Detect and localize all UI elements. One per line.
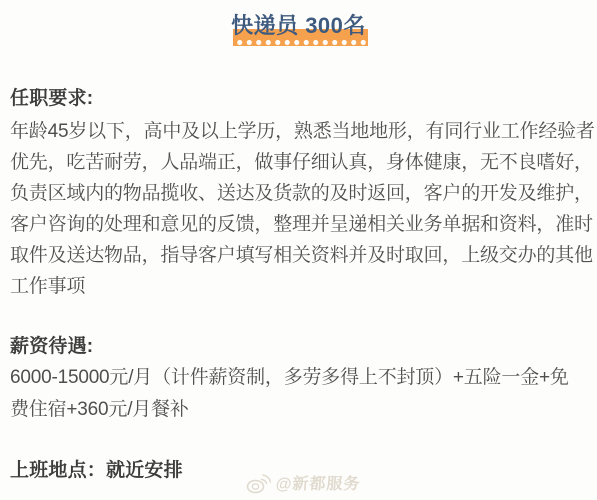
requirements-heading: 任职要求: — [10, 87, 93, 111]
requirements-line: 年龄45岁以下，高中及以上学历，熟悉当地地形，有同行业工作经验者 — [10, 116, 592, 147]
weibo-icon — [246, 472, 272, 494]
requirements-paragraph: 年龄45岁以下，高中及以上学历，熟悉当地地形，有同行业工作经验者 优先，吃苦耐劳… — [10, 116, 592, 302]
watermark: @新都服务 — [246, 471, 361, 494]
job-posting-page: 快递员 300名 任职要求: 年龄45岁以下，高中及以上学历，熟悉当地地形，有同… — [0, 0, 597, 500]
salary-heading: 薪资待遇: — [10, 335, 93, 359]
watermark-text: @新都服务 — [275, 471, 361, 494]
salary-paragraph: 6000-15000元/月（计件薪资制，多劳多得上不封顶）+五险一金+免 费住宿… — [10, 362, 592, 426]
title-highlight-dots — [235, 39, 366, 46]
requirements-line: 工作事项 — [10, 271, 592, 302]
salary-line: 费住宿+360元/月餐补 — [10, 394, 592, 426]
requirements-line: 负责区域内的物品揽收、送达及货款的及时返回，客户的开发及维护， — [10, 178, 592, 209]
requirements-line: 客户咨询的处理和意见的反馈，整理并呈递相关业务单据和资料，准时 — [10, 209, 592, 240]
work-location: 上班地点：就近安排 — [10, 459, 183, 483]
page-title: 快递员 300名 — [0, 13, 597, 39]
salary-line: 6000-15000元/月（计件薪资制，多劳多得上不封顶）+五险一金+免 — [10, 362, 592, 394]
requirements-line: 优先，吃苦耐劳，人品端正，做事仔细认真，身体健康，无不良嗜好， — [10, 147, 592, 178]
requirements-line: 取件及送达物品，指导客户填写相关资料并及时取回，上级交办的其他 — [10, 240, 592, 271]
